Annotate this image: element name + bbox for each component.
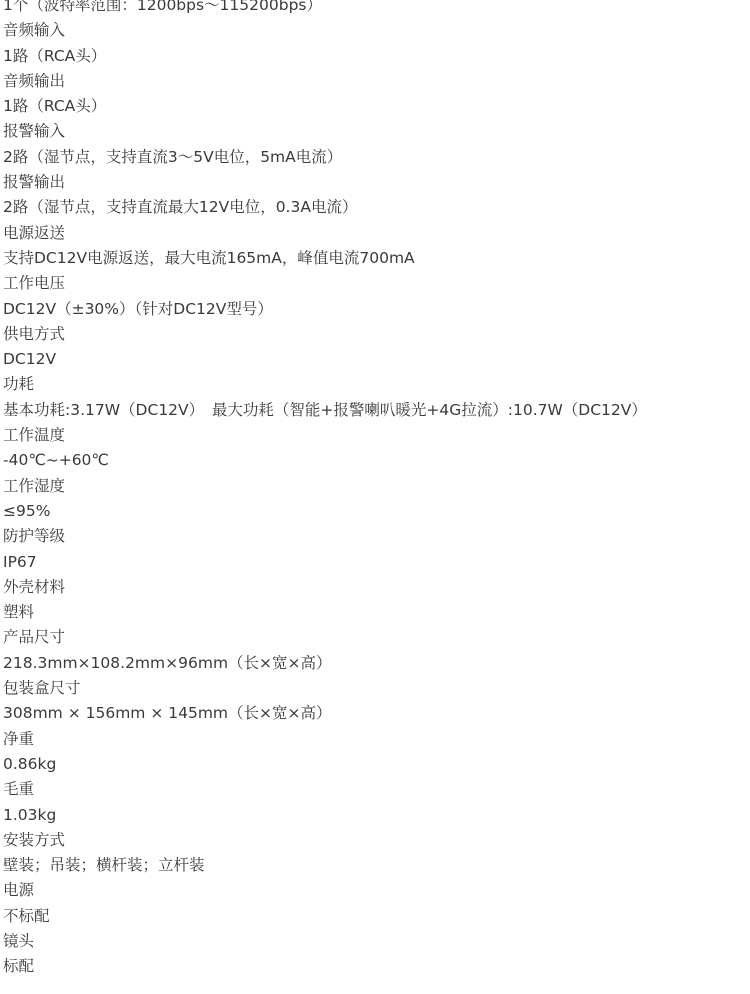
spec-value-line: 基本功耗:3.17W（DC12V） 最大功耗（智能+报警喇叭暖光+4G拉流）:1… (3, 398, 750, 423)
spec-value-line: 2路（湿节点，支持直流3～5V电位，5mA电流） (3, 145, 750, 170)
spec-value-line: 支持DC12V电源返送，最大电流165mA，峰值电流700mA (3, 246, 750, 271)
spec-value-line: 1.03kg (3, 803, 750, 828)
spec-value-line: 不标配 (3, 904, 750, 929)
spec-value-line: 1个（波特率范围：1200bps～115200bps） (3, 0, 750, 18)
spec-value-line: 308mm × 156mm × 145mm（长×宽×高） (3, 701, 750, 726)
spec-label-line: 工作湿度 (3, 474, 750, 499)
spec-label-line: 电源 (3, 878, 750, 903)
spec-label-line: 音频输入 (3, 18, 750, 43)
spec-label-line: 安装方式 (3, 828, 750, 853)
spec-value-line: IP67 (3, 550, 750, 575)
spec-value-line: -40℃~+60℃ (3, 448, 750, 473)
spec-value-line: 2路（湿节点，支持直流最大12V电位，0.3A电流） (3, 195, 750, 220)
spec-label-line: 工作温度 (3, 423, 750, 448)
spec-value-line: 218.3mm×108.2mm×96mm（长×宽×高） (3, 651, 750, 676)
spec-label-line: 产品尺寸 (3, 625, 750, 650)
spec-label-line: 净重 (3, 727, 750, 752)
spec-label-line: 包装盒尺寸 (3, 676, 750, 701)
spec-value-line: DC12V（±30%）（针对DC12V型号） (3, 297, 750, 322)
spec-label-line: 功耗 (3, 372, 750, 397)
spec-label-line: 工作电压 (3, 271, 750, 296)
spec-label-line: 报警输出 (3, 170, 750, 195)
spec-label-line: 报警输入 (3, 119, 750, 144)
spec-label-line: 供电方式 (3, 322, 750, 347)
spec-value-line: 壁装；吊装；横杆装；立杆装 (3, 853, 750, 878)
spec-value-line: ≤95% (3, 499, 750, 524)
product-spec-page: 1个（波特率范围：1200bps～115200bps）音频输入1路（RCA头）音… (0, 0, 750, 994)
spec-value-line: 标配 (3, 954, 750, 979)
spec-value-line: 塑料 (3, 600, 750, 625)
spec-label-line: 电源返送 (3, 221, 750, 246)
spec-label-line: 音频输出 (3, 69, 750, 94)
spec-value-line: 0.86kg (3, 752, 750, 777)
spec-value-line: 1路（RCA头） (3, 44, 750, 69)
spec-value-line: 1路（RCA头） (3, 94, 750, 119)
spec-label-line: 镜头 (3, 929, 750, 954)
spec-list: 1个（波特率范围：1200bps～115200bps）音频输入1路（RCA头）音… (3, 0, 750, 980)
spec-value-line: DC12V (3, 347, 750, 372)
spec-label-line: 毛重 (3, 777, 750, 802)
spec-label-line: 防护等级 (3, 524, 750, 549)
spec-label-line: 外壳材料 (3, 575, 750, 600)
